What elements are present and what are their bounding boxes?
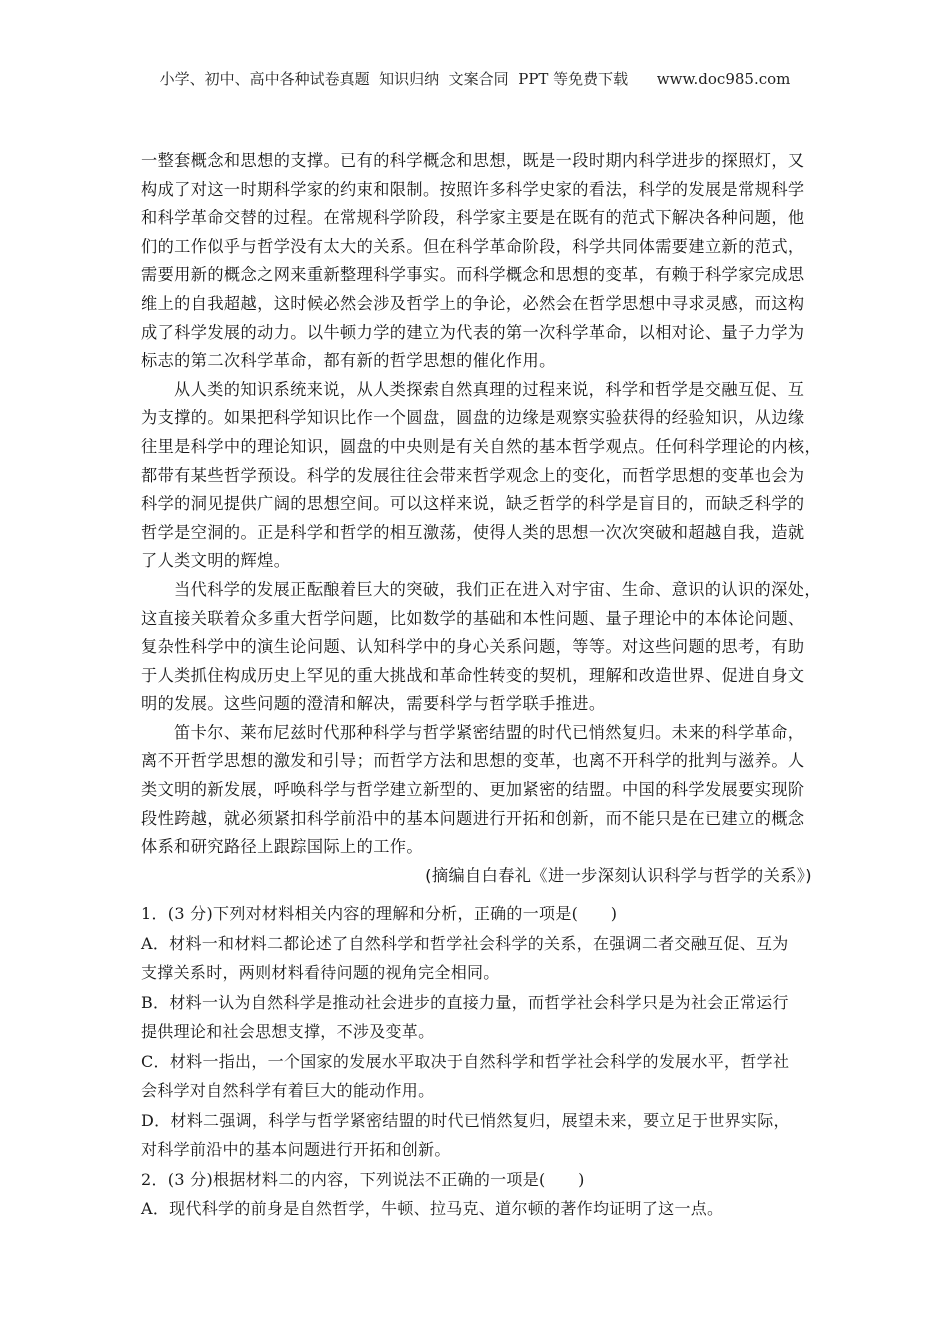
passage-line: 这直接关联着众多重大哲学问题，比如数学的基础和本性问题、量子理论中的本体论问题、 [141,605,816,634]
passage-line: 了人类文明的辉煌。 [141,547,816,576]
passage-line: 成了科学发展的动力。以牛顿力学的建立为代表的第一次科学革命，以相对论、量子力学为 [141,319,816,348]
passage-line: 都带有某些哲学预设。科学的发展往往会带来哲学观念上的变化，而哲学思想的变革也会为 [141,462,816,491]
passage-line: 们的工作似乎与哲学没有太大的关系。但在科学革命阶段，科学共同体需要建立新的范式， [141,233,816,262]
question-1-option-d-cont: 对科学前沿中的基本问题进行开拓和创新。 [141,1135,816,1165]
passage-line: 一整套概念和思想的支撑。已有的科学概念和思想，既是一段时期内科学进步的探照灯，又 [141,147,816,176]
passage-line: 于人类抓住构成历史上罕见的重大挑战和革命性转变的契机，理解和改造世界、促进自身文 [141,662,816,691]
question-1-option-d: D．材料二强调，科学与哲学紧密结盟的时代已悄然复归，展望未来，要立足于世界实际， [141,1106,816,1136]
question-1-option-b-cont: 提供理论和社会思想支撑，不涉及变革。 [141,1017,816,1047]
passage-line: 复杂性科学中的演生论问题、认知科学中的身心关系问题，等等。对这些问题的思考，有助 [141,633,816,662]
question-1-option-c: C．材料一指出，一个国家的发展水平取决于自然科学和哲学社会科学的发展水平，哲学社 [141,1047,816,1077]
page-header: 小学、初中、高中各种试卷真题 知识归纳 文案合同 PPT 等免费下载 www.d… [0,68,950,89]
passage-line: 为支撑的。如果把科学知识比作一个圆盘，圆盘的边缘是观察实验获得的经验知识，从边缘 [141,404,816,433]
passage-line: 和科学革命交替的过程。在常规科学阶段，科学家主要是在既有的范式下解决各种问题，他 [141,204,816,233]
question-2-stem: 2．(3 分)根据材料二的内容，下列说法不正确的一项是( ) [141,1165,816,1195]
paragraph-start-line: 从人类的知识系统来说，从人类探索自然真理的过程来说，科学和哲学是交融互促、互 [141,376,816,405]
passage-line: 维上的自我超越，这时候必然会涉及哲学上的争论，必然会在哲学思想中寻求灵感，而这构 [141,290,816,319]
passage-line: 离不开哲学思想的激发和引导；而哲学方法和思想的变革，也离不开科学的批判与滋养。人 [141,747,816,776]
passage-line: 构成了对这一时期科学家的约束和限制。按照许多科学史家的看法，科学的发展是常规科学 [141,176,816,205]
passage-line: 明的发展。这些问题的澄清和解决，需要科学与哲学联手推进。 [141,690,816,719]
passage-line: 哲学是空洞的。正是科学和哲学的相互激荡，使得人类的思想一次次突破和超越自我，造就 [141,519,816,548]
passage: 一整套概念和思想的支撑。已有的科学概念和思想，既是一段时期内科学进步的探照灯，又… [141,147,816,890]
paragraph-start-line: 当代科学的发展正酝酿着巨大的突破，我们正在进入对宇宙、生命、意识的认识的深处， [141,576,816,605]
passage-line: 科学的洞见提供广阔的思想空间。可以这样来说，缺乏哲学的科学是盲目的，而缺乏科学的 [141,490,816,519]
passage-line: 往里是科学中的理论知识，圆盘的中央则是有关自然的基本哲学观点。任何科学理论的内核… [141,433,816,462]
questions-section: 1．(3 分)下列对材料相关内容的理解和分析，正确的一项是( ) A．材料一和材… [141,899,816,1224]
passage-line: 需要用新的概念之网来重新整理科学事实。而科学概念和思想的变革，有赖于科学家完成思 [141,261,816,290]
question-1-option-b: B．材料一认为自然科学是推动社会进步的直接力量，而哲学社会科学只是为社会正常运行 [141,988,816,1018]
passage-line: 段性跨越，就必须紧扣科学前沿中的基本问题进行开拓和创新，而不能只是在已建立的概念 [141,805,816,834]
paragraph-start-line: 笛卡尔、莱布尼兹时代那种科学与哲学紧密结盟的时代已悄然复归。未来的科学革命， [141,719,816,748]
passage-line: 体系和研究路径上跟踪国际上的工作。 [141,833,816,862]
question-1-option-c-cont: 会科学对自然科学有着巨大的能动作用。 [141,1076,816,1106]
source-citation: (摘编自白春礼《进一步深刻认识科学与哲学的关系》) [141,862,816,891]
passage-line: 类文明的新发展，呼唤科学与哲学建立新型的、更加紧密的结盟。中国的科学发展要实现阶 [141,776,816,805]
question-1-option-a: A．材料一和材料二都论述了自然科学和哲学社会科学的关系，在强调二者交融互促、互为 [141,929,816,959]
passage-line: 标志的第二次科学革命，都有新的哲学思想的催化作用。 [141,347,816,376]
question-1-option-a-cont: 支撑关系时，两则材料看待问题的视角完全相同。 [141,958,816,988]
question-2-option-a: A．现代科学的前身是自然哲学，牛顿、拉马克、道尔顿的著作均证明了这一点。 [141,1194,816,1224]
question-1-stem: 1．(3 分)下列对材料相关内容的理解和分析，正确的一项是( ) [141,899,816,929]
